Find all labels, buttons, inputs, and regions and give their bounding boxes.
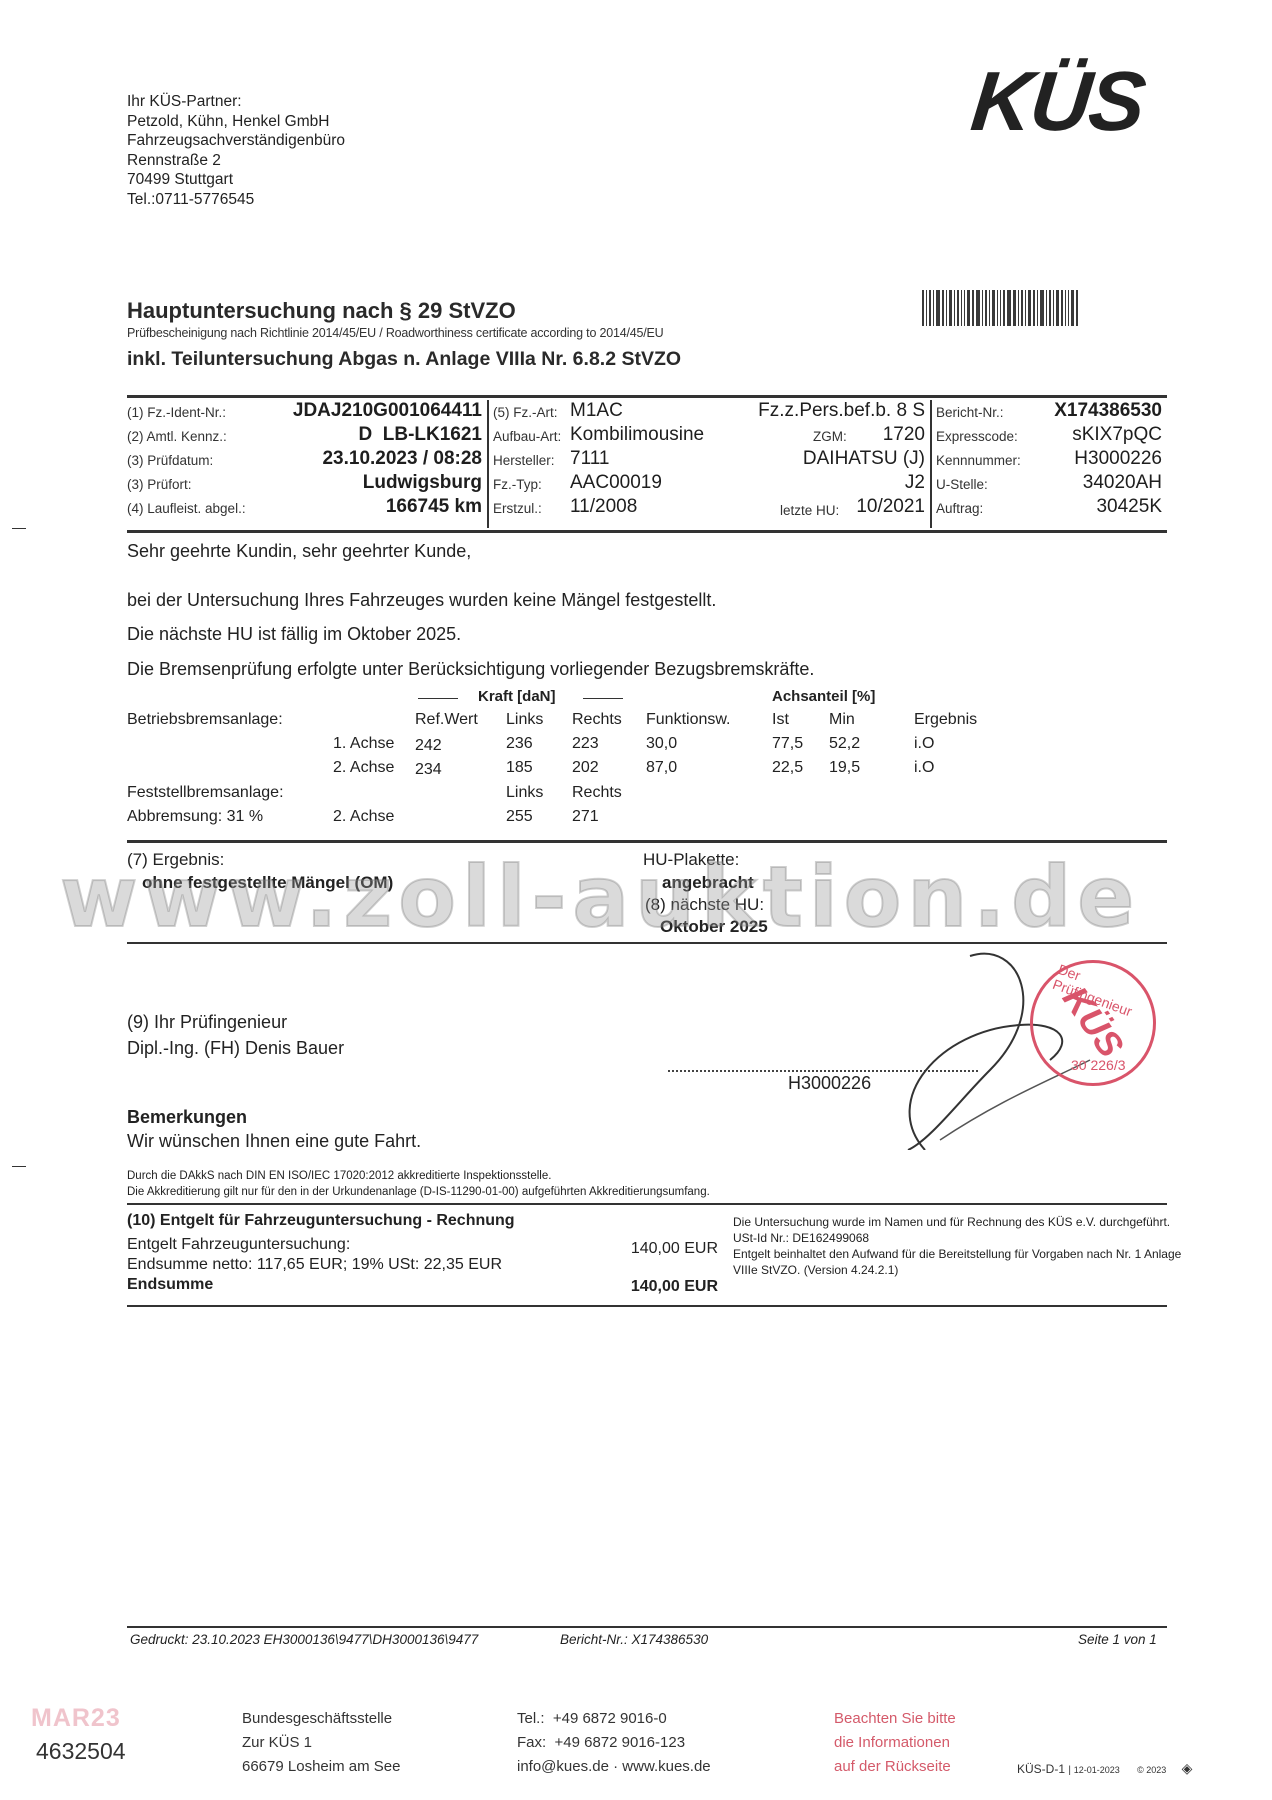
ref-value: 234 [415,761,442,779]
document-number: 4632504 [36,1738,126,1765]
email-website[interactable]: info@kues.de · www.kues.de [517,1755,711,1779]
kennnummer-value: H3000226 [1010,447,1162,471]
fold-mark [12,1166,26,1167]
signature-id: H3000226 [788,1073,871,1094]
form-id-block: KÜS-D-1 | 12-01-2023 © 2023 ◈ [1017,1760,1192,1777]
sender-line: Rennstraße 2 [127,151,345,171]
letzte-hu-label: letzte HU: [780,499,839,523]
express-label: Expresscode: [936,425,1018,449]
art-label: (5) Fz.-Art: [493,401,558,425]
auftrag-value: 30425K [1010,495,1162,519]
sender-line: Ihr KÜS-Partner: [127,92,345,112]
form-id: KÜS-D-1 [1017,1762,1065,1776]
achsanteil-header: Achsanteil [%] [772,688,875,705]
hersteller-value: 7111 [570,447,609,471]
sender-line: 70499 Stuttgart [127,170,345,190]
ref-value: 242 [415,737,442,755]
notice-line: Beachten Sie bitte [834,1707,956,1731]
invoice-total-label: Endsumme [127,1276,213,1294]
printed-bericht: Bericht-Nr.: X174386530 [560,1632,708,1647]
ustelle-value: 34020AH [1010,471,1162,495]
form-date: 12-01-2023 [1074,1765,1120,1775]
invoice-total-value: 140,00 EUR [560,1278,718,1296]
invoice-note: Die Untersuchung wurde im Namen und für … [733,1215,1170,1230]
sender-line: Tel.:0711-5776545 [127,190,345,210]
ort-label: (3) Prüfort: [127,473,192,497]
inspector-stamp: Der Prüfingenieur KÜS 30 226/3 [1030,960,1156,1086]
kennz-value: D LB-LK1621 [200,423,482,447]
axle: 2. Achse [333,759,394,777]
mar-stamp: MAR23 [31,1704,121,1733]
col-min: Min [829,711,855,729]
art-description: Fz.z.Pers.bef.b. 8 S [700,399,925,423]
engineer-name: Dipl.-Ing. (FH) Denis Bauer [127,1038,344,1059]
bericht-label: Bericht-Nr.: [936,401,1004,425]
fold-mark [12,528,26,529]
accreditation-line: Durch die DAkkS nach DIN EN ISO/IEC 1702… [127,1170,551,1182]
divider [127,1305,1167,1307]
remarks-text: Wir wünschen Ihnen eine gute Fahrt. [127,1131,421,1152]
divider [127,840,1167,843]
min-value: 19,5 [829,759,860,777]
ergebnis-value: i.O [914,759,934,777]
kues-logo: KÜS [967,56,1148,146]
divider [127,530,1167,533]
aufbau-value: Kombilimousine [570,423,704,447]
divider [127,395,1167,398]
footer-notice: Beachten Sie bitte die Informationen auf… [834,1707,956,1779]
erstzul-label: Erstzul.: [493,497,542,521]
ustelle-label: U-Stelle: [936,473,988,497]
notice-line: auf der Rückseite [834,1755,956,1779]
divider [127,1203,1167,1205]
parking-brake-label: Feststellbremsanlage: [127,784,284,802]
divider [930,400,932,528]
document-title-secondary: inkl. Teiluntersuchung Abgas n. Anlage V… [127,348,681,371]
bericht-value: X174386530 [1010,399,1162,423]
erstzul-value: 11/2008 [570,495,637,519]
min-value: 52,2 [829,735,860,753]
hersteller-name: DAIHATSU (J) [700,447,925,471]
document-subtitle: Prüfbescheinigung nach Richtlinie 2014/4… [127,326,663,340]
footer-address: Bundesgeschäftsstelle Zur KÜS 1 66679 Lo… [242,1707,400,1779]
letter-line: bei der Untersuchung Ihres Fahrzeuges wu… [127,590,716,611]
invoice-note: USt-Id Nr.: DE162499068 [733,1231,869,1246]
art-value: M1AC [570,399,623,423]
address-line: Bundesgeschäftsstelle [242,1707,400,1731]
footer-contact: Tel.: +49 6872 9016-0 Fax: +49 6872 9016… [517,1707,711,1779]
col-rechts: Rechts [572,711,622,729]
invoice-item-value: 140,00 EUR [560,1240,718,1258]
col-funktion: Funktionsw. [646,711,730,729]
document-title: Hauptuntersuchung nach § 29 StVZO [127,298,516,324]
accreditation-line: Die Akkreditierung gilt nur für den in d… [127,1186,710,1198]
zgm-value: 1720 [850,423,925,447]
funktion-value: 87,0 [646,759,677,777]
divider [487,400,489,528]
col-ref: Ref.Wert [415,711,478,729]
lauf-value: 166745 km [200,495,482,519]
barcode [922,290,1154,326]
kues-emblem-icon: ◈ [1182,1760,1193,1776]
axle: 1. Achse [333,735,394,753]
page-number: Seite 1 von 1 [1078,1632,1157,1647]
invoice-note: Entgelt beinhaltet den Aufwand für die B… [733,1247,1181,1262]
invoice-note: VIIIe StVZO. (Version 4.24.2.1) [733,1263,898,1278]
links-value: 236 [506,735,533,753]
hersteller-label: Hersteller: [493,449,555,473]
datum-value: 23.10.2023 / 08:28 [200,447,482,471]
phone: Tel.: +49 6872 9016-0 [517,1707,711,1731]
address-line: Zur KÜS 1 [242,1731,400,1755]
col-links: Links [506,711,543,729]
typ-value: AAC00019 [570,471,662,495]
funktion-value: 30,0 [646,735,677,753]
printed-info: Gedruckt: 23.10.2023 EH3000136\9477\DH30… [130,1632,478,1647]
sender-address: Ihr KÜS-Partner: Petzold, Kühn, Henkel G… [127,92,345,209]
parking-rechts-value: 271 [572,808,599,826]
sender-line: Petzold, Kühn, Henkel GmbH [127,112,345,132]
typ-extra: J2 [850,471,925,495]
letter-line: Die nächste HU ist fällig im Oktober 202… [127,624,461,645]
stamp-number: 30 226/3 [1071,1057,1126,1073]
watermark: www.zoll-auktion.de [60,848,1140,946]
letter-greeting: Sehr geehrte Kundin, sehr geehrter Kunde… [127,541,471,562]
zgm-label: ZGM: [813,425,847,449]
service-brake-label: Betriebsbremsanlage: [127,711,283,729]
parking-links-value: 255 [506,808,533,826]
rechts-value: 202 [572,759,599,777]
remarks-label: Bemerkungen [127,1107,247,1128]
parking-axle: 2. Achse [333,808,394,826]
links-value: 185 [506,759,533,777]
typ-label: Fz.-Typ: [493,473,542,497]
parking-links-header: Links [506,784,543,802]
invoice-netto: Endsumme netto: 117,65 EUR; 19% USt: 22,… [127,1256,502,1274]
invoice-item-label: Entgelt Fahrzeuguntersuchung: [127,1236,350,1254]
abbremsung: Abbremsung: 31 % [127,808,263,826]
engineer-label: (9) Ihr Prüfingenieur [127,1012,287,1033]
ist-value: 77,5 [772,735,803,753]
express-value: sKIX7pQC [1010,423,1162,447]
kraft-header: Kraft [daN] [478,688,556,705]
col-ist: Ist [772,711,789,729]
ergebnis-value: i.O [914,735,934,753]
copyright: © 2023 [1137,1765,1166,1775]
letter-line: Die Bremsenprüfung erfolgte unter Berück… [127,659,814,680]
col-ergebnis: Ergebnis [914,711,977,729]
divider [418,698,458,699]
sender-line: Fahrzeugsachverständigenbüro [127,131,345,151]
ident-value: JDAJ210G001064411 [200,399,482,423]
ort-value: Ludwigsburg [200,471,482,495]
address-line: 66679 Losheim am See [242,1755,400,1779]
parking-rechts-header: Rechts [572,784,622,802]
fax: Fax: +49 6872 9016-123 [517,1731,711,1755]
kennnummer-label: Kennnummer: [936,449,1021,473]
notice-line: die Informationen [834,1731,956,1755]
auftrag-label: Auftrag: [936,497,983,521]
divider [127,1626,1167,1628]
ist-value: 22,5 [772,759,803,777]
letzte-hu-value: 10/2021 [840,495,925,519]
divider [583,698,623,699]
rechts-value: 223 [572,735,599,753]
invoice-title: (10) Entgelt für Fahrzeuguntersuchung - … [127,1212,515,1230]
aufbau-label: Aufbau-Art: [493,425,561,449]
